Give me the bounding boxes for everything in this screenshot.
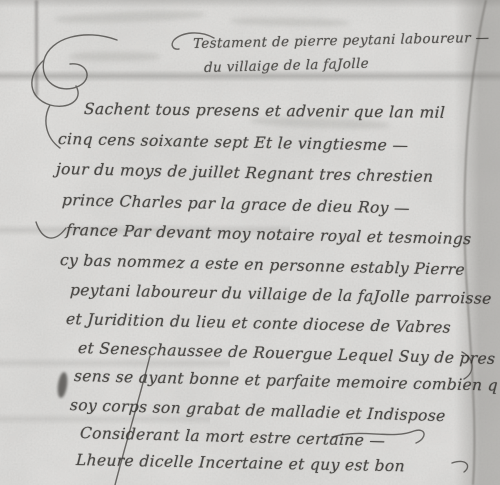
body-line-7: peytani laboureur du villaige de la faJo… [69, 281, 492, 308]
body-line-9: et Seneschaussee de Rouergue Lequel Suy … [77, 339, 496, 368]
body-line-12: Considerant la mort estre certaine — [79, 424, 385, 450]
body-line-13: Lheure dicelle Incertaine et quy est bon [76, 451, 406, 475]
body-line-5: france Par devant moy notaire royal et t… [65, 221, 472, 248]
body-line-1: Sachent tous presens et advenir que lan … [84, 100, 446, 122]
manuscript-photo: Testament de pierre peytani laboureur — … [0, 0, 500, 485]
manuscript-text: Testament de pierre peytani laboureur — … [0, 0, 500, 485]
body-line-6: cy bas nommez a este en personne estably… [59, 251, 465, 279]
body-line-4: prince Charles par la grace de dieu Roy … [61, 191, 410, 217]
title-line-1: Testament de pierre peytani laboureur — [193, 30, 490, 52]
body-line-8: et Juridition du lieu et conte diocese d… [65, 310, 451, 337]
body-line-2: cinq cens soixante sept Et le vingtiesme… [58, 130, 409, 155]
body-line-3: jour du moys de juillet Regnant tres chr… [55, 160, 433, 186]
title-line-2: du villaige de la faJolle [204, 56, 369, 76]
body-line-10: sens se ayant bonne et parfaite memoire … [73, 367, 498, 395]
body-line-11: soy corps son grabat de malladie et Indi… [69, 396, 446, 425]
